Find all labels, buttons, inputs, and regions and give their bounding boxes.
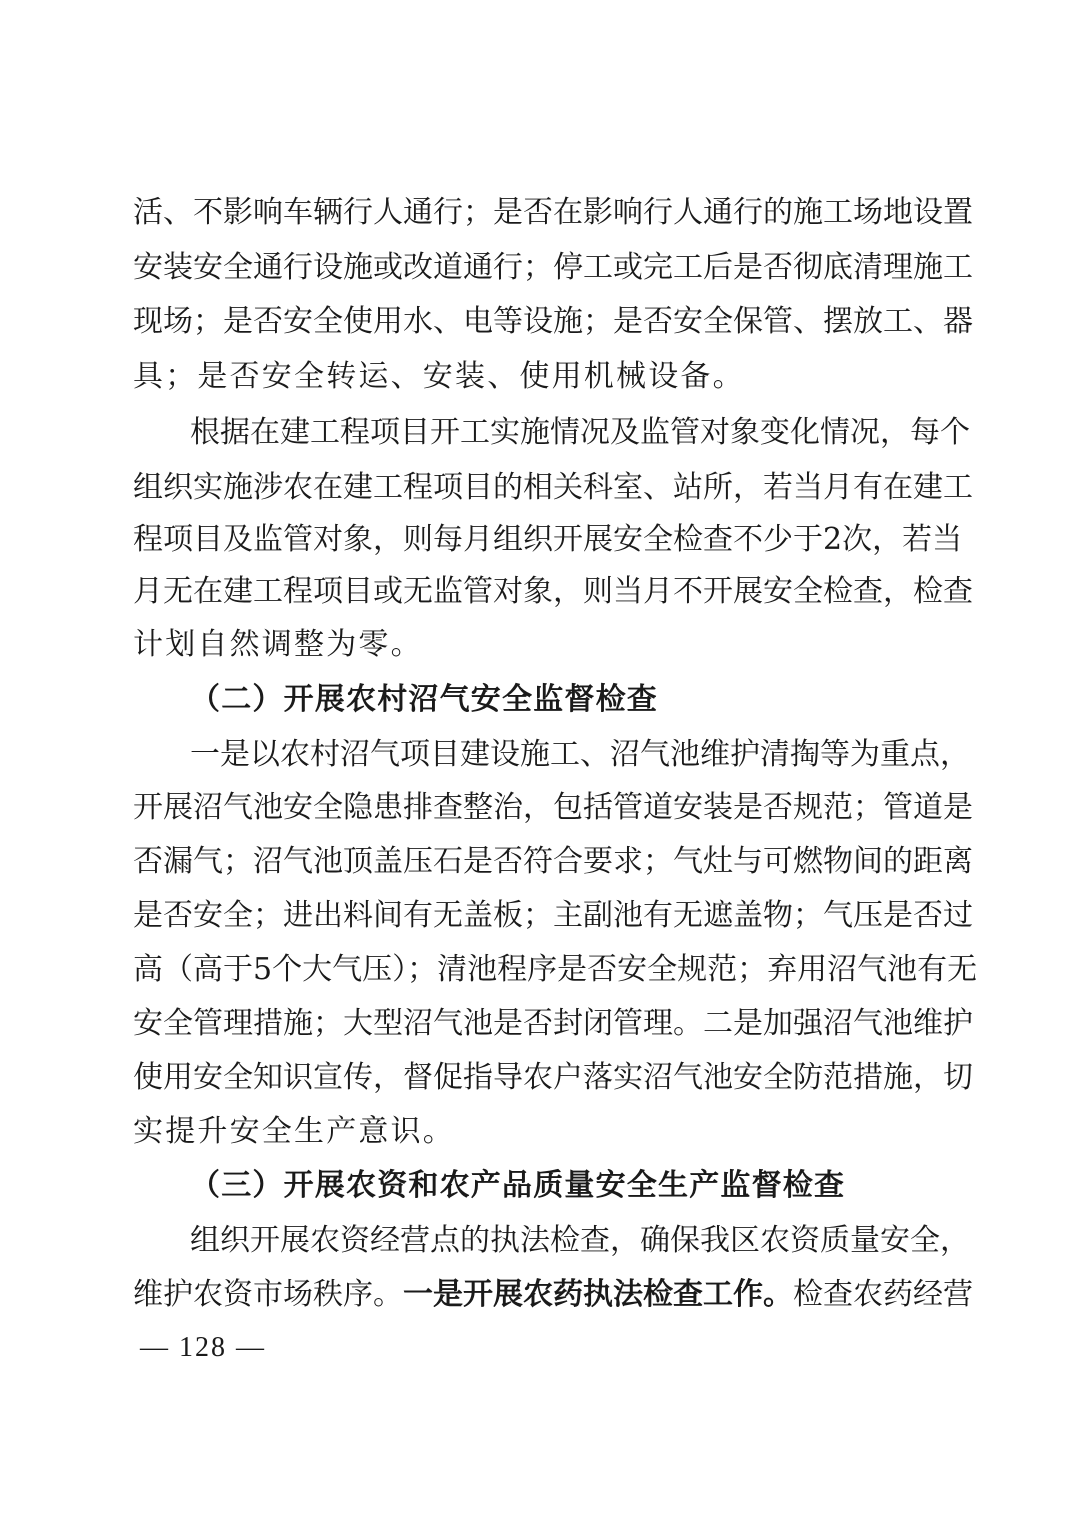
document-page: 活、不影响车辆行人通行；是否在影响行人通行的施工场地设置 安装安全通行设施或改道… <box>0 0 1074 1520</box>
paragraph-4-text-after: 检查农药经营 <box>793 1277 973 1312</box>
paragraph-3-line-8: 实提升安全生产意识。 <box>133 1112 945 1152</box>
paragraph-3-line-3: 否漏气；沼气池顶盖压石是否符合要求；气灶与可燃物间的距离 <box>133 842 945 882</box>
paragraph-4-bold-lead: 一是开展农药执法检查工作。 <box>403 1277 793 1312</box>
page-number: — 128 — <box>140 1330 266 1366</box>
paragraph-2-line-5: 计划自然调整为零。 <box>133 625 945 665</box>
paragraph-3-line-2: 开展沼气池安全隐患排查整治，包括管道安装是否规范；管道是 <box>133 788 945 828</box>
paragraph-3-line-4: 是否安全；进出料间有无盖板；主副池有无遮盖物；气压是否过 <box>133 896 945 936</box>
paragraph-1-line-2: 安装安全通行设施或改道通行；停工或完工后是否彻底清理施工 <box>133 248 945 288</box>
paragraph-2-line-2: 组织实施涉农在建工程项目的相关科室、站所，若当月有在建工 <box>133 468 945 508</box>
paragraph-1-line-1: 活、不影响车辆行人通行；是否在影响行人通行的施工场地设置 <box>133 193 945 233</box>
paragraph-3-line-5: 高（高于5个大气压）；清池程序是否安全规范；弃用沼气池有无 <box>133 950 945 990</box>
paragraph-4-text-before: 维护农资市场秩序。 <box>133 1277 403 1312</box>
paragraph-2-line-3: 程项目及监管对象，则每月组织开展安全检查不少于2次，若当 <box>133 520 945 560</box>
paragraph-3-line-1: 一是以农村沼气项目建设施工、沼气池维护清掏等为重点， <box>190 735 945 775</box>
paragraph-1-line-3: 现场；是否安全使用水、电等设施；是否安全保管、摆放工、器 <box>133 302 945 342</box>
paragraph-1-line-4: 具；是否安全转运、安装、使用机械设备。 <box>133 357 945 397</box>
paragraph-4-line-2: 维护农资市场秩序。一是开展农药执法检查工作。检查农药经营 <box>133 1275 945 1315</box>
paragraph-4-line-1: 组织开展农资经营点的执法检查，确保我区农资质量安全， <box>190 1221 945 1261</box>
section-heading-2: （二）开展农村沼气安全监督检查 <box>190 680 658 720</box>
paragraph-2-line-4: 月无在建工程项目或无监管对象，则当月不开展安全检查，检查 <box>133 572 945 612</box>
paragraph-3-line-7: 使用安全知识宣传，督促指导农户落实沼气池安全防范措施，切 <box>133 1058 945 1098</box>
paragraph-2-line-1: 根据在建工程项目开工实施情况及监管对象变化情况，每个 <box>190 413 945 453</box>
section-heading-3: （三）开展农资和农产品质量安全生产监督检查 <box>190 1166 845 1206</box>
paragraph-3-line-6: 安全管理措施；大型沼气池是否封闭管理。二是加强沼气池维护 <box>133 1004 945 1044</box>
